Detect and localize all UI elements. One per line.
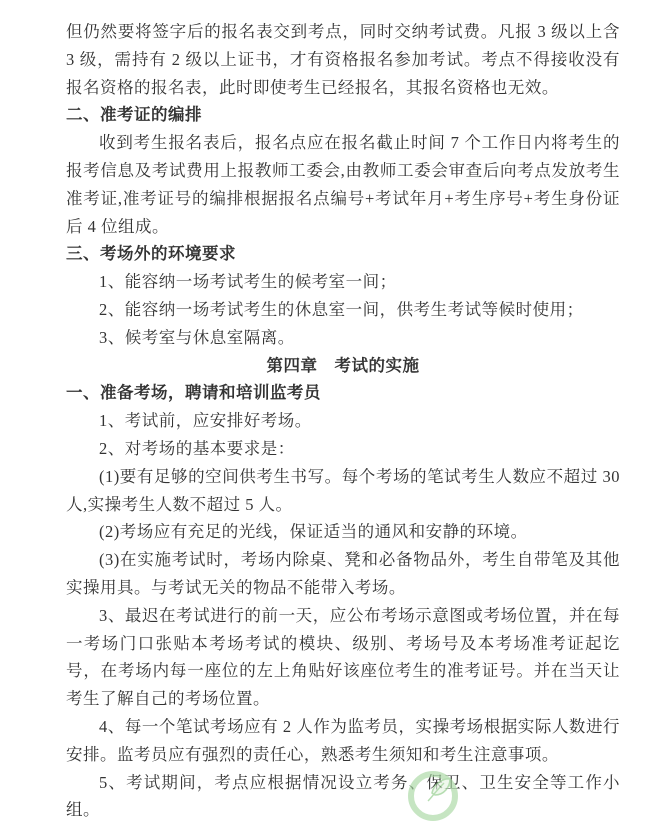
paragraph: 5、考试期间，考点应根据情况设立考务、保卫、卫生安全等工作小组。 xyxy=(66,769,620,825)
chapter-title: 第四章 考试的实施 xyxy=(66,352,620,380)
paragraph: (2)考场应有充足的光线，保证适当的通风和安静的环境。 xyxy=(66,518,620,546)
heading: 一、准备考场，聘请和培训监考员 xyxy=(66,379,620,407)
list-item: 1、考试前，应安排好考场。 xyxy=(66,407,620,435)
heading: 二、准考证的编排 xyxy=(66,101,620,129)
list-item: 3、候考室与休息室隔离。 xyxy=(66,324,620,352)
list-item: 1、能容纳一场考试考生的候考室一间； xyxy=(66,268,620,296)
document-body: 但仍然要将签字后的报名表交到考点，同时交纳考试费。凡报 3 级以上含 3 级，需… xyxy=(66,18,620,824)
paragraph: 但仍然要将签字后的报名表交到考点，同时交纳考试费。凡报 3 级以上含 3 级，需… xyxy=(66,18,620,101)
list-item: 2、对考场的基本要求是： xyxy=(66,435,620,463)
document-page: 但仍然要将签字后的报名表交到考点，同时交纳考试费。凡报 3 级以上含 3 级，需… xyxy=(0,0,668,831)
heading: 三、考场外的环境要求 xyxy=(66,240,620,268)
list-item: 2、能容纳一场考试考生的休息室一间，供考生考试等候时使用； xyxy=(66,296,620,324)
paragraph: 3、最迟在考试进行的前一天，应公布考场示意图或考场位置，并在每一考场门口张贴本考… xyxy=(66,602,620,713)
paragraph: 4、每一个笔试考场应有 2 人作为监考员，实操考场根据实际人数进行安排。监考员应… xyxy=(66,713,620,769)
paragraph: (1)要有足够的空间供考生书写。每个考场的笔试考生人数应不超过 30 人,实操考… xyxy=(66,463,620,519)
paragraph: 收到考生报名表后，报名点应在报名截止时间 7 个工作日内将考生的报考信息及考试费… xyxy=(66,129,620,240)
paragraph: (3)在实施考试时，考场内除桌、凳和必备物品外，考生自带笔及其他实操用具。与考试… xyxy=(66,546,620,602)
